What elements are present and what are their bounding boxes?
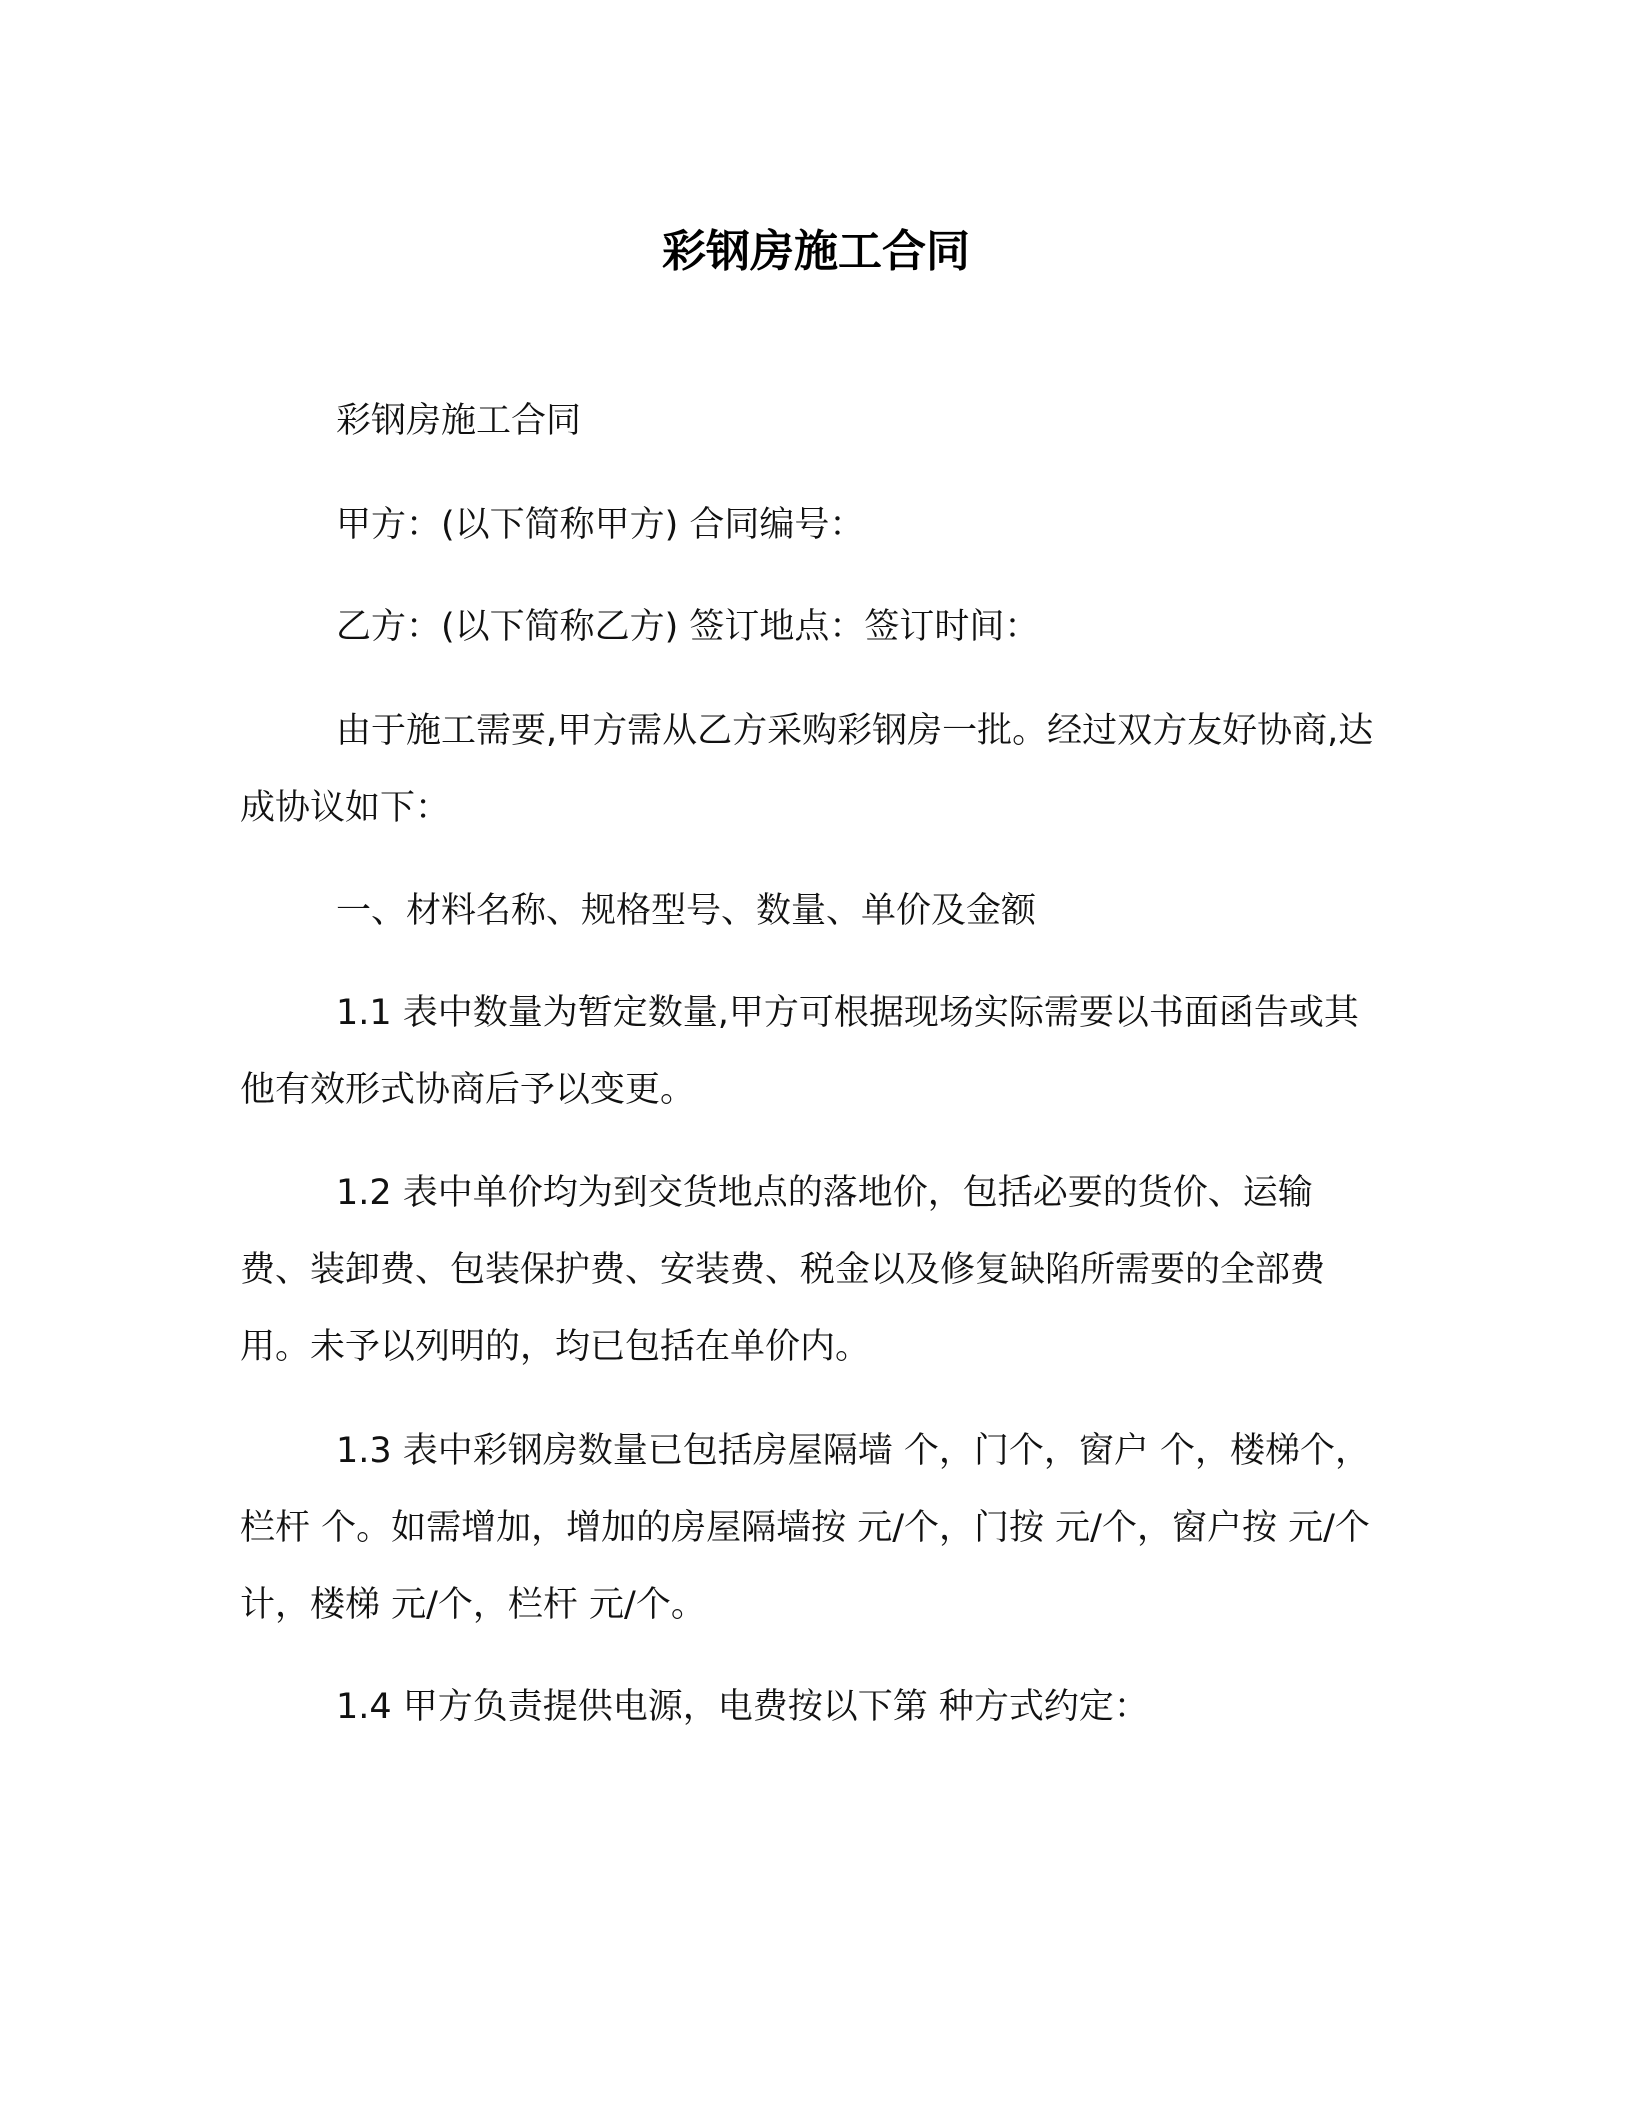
paragraph-preamble: 由于施工需要,甲方需从乙方采购彩钢房一批。经过双方友好协商,达成协议如下：: [240, 693, 1380, 847]
section-heading-1: 一、材料名称、规格型号、数量、单价及金额: [240, 873, 1380, 950]
clause-1-2: 1.2 表中单价均为到交货地点的落地价，包括必要的货价、运输费、装卸费、包装保护…: [240, 1155, 1380, 1386]
paragraph-party-a: 甲方：(以下简称甲方) 合同编号：: [240, 487, 1380, 564]
clause-1-1: 1.1 表中数量为暂定数量,甲方可根据现场实际需要以书面函告或其他有效形式协商后…: [240, 975, 1380, 1129]
paragraph-party-b: 乙方：(以下简称乙方) 签订地点：签订时间：: [240, 589, 1380, 666]
document-title: 彩钢房施工合同: [0, 224, 1632, 280]
document-page: 彩钢房施工合同 彩钢房施工合同 甲方：(以下简称甲方) 合同编号： 乙方：(以下…: [0, 0, 1632, 2112]
clause-1-3: 1.3 表中彩钢房数量已包括房屋隔墙 个，门个，窗户 个，楼梯个，栏杆 个。如需…: [240, 1413, 1380, 1644]
paragraph-subtitle: 彩钢房施工合同: [240, 383, 1380, 460]
clause-1-4: 1.4 甲方负责提供电源，电费按以下第 种方式约定：: [240, 1669, 1380, 1746]
